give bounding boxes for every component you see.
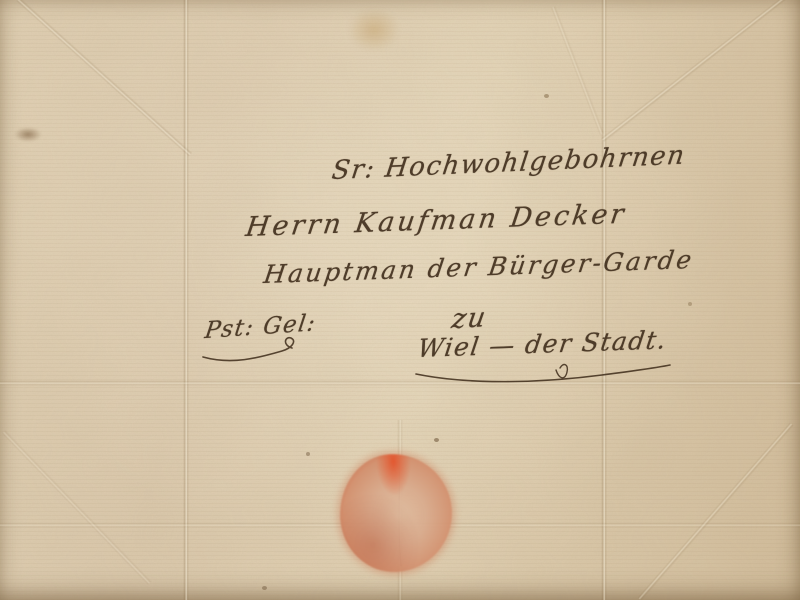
document-photo: Sr: Hochwohlgebohrnen Herrn Kaufman Deck… bbox=[0, 0, 800, 600]
address-line-zu: zu bbox=[450, 302, 490, 335]
